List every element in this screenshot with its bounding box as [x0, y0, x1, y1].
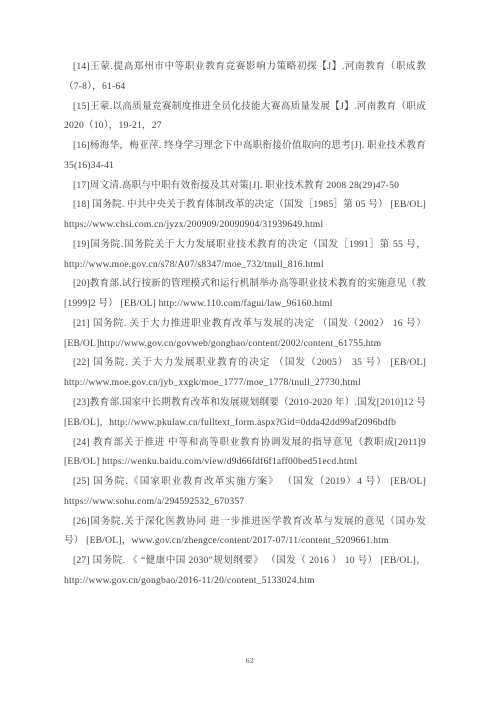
- reference-item: [23]教育部.国家中长期教育改革和发展规划纲要（2010-2020 年）.国发…: [64, 393, 426, 433]
- reference-line: [14]王蒙.提高郑州市中等职业教育竞赛影响力策略初探【J】.河南教育（职成教版…: [64, 57, 426, 77]
- reference-line: [15]王蒙.以高质量竞赛制度推进全员化技能大赛高质量发展【J】.河南教育（职成…: [64, 97, 426, 117]
- reference-line: [18] 国务院. 中共中央关于教育体制改革的决定（国发［1985］第 05 号…: [64, 195, 426, 215]
- reference-line: [16]杨海华，梅亚萍. 终身学习理念下中高职衔接价值取向的思考[J]. 职业技…: [64, 136, 426, 156]
- reference-line: [26]国务院.关于深化医教协同 进一步推进医学教育改革与发展的意见（国办发（2…: [64, 512, 426, 532]
- document-page: [14]王蒙.提高郑州市中等职业教育竞赛影响力策略初探【J】.河南教育（职成教版…: [0, 0, 500, 707]
- reference-item: [17]周文清.高职与中职有效衔接及其对策[J]. 职业技术教育 2008 28…: [64, 176, 426, 196]
- reference-line: [EB/OL]，http://www.pkulaw.cn/fulltext_fo…: [64, 413, 426, 433]
- reference-line: 35(16)34-41: [64, 156, 426, 176]
- reference-item: [15]王蒙.以高质量竞赛制度推进全员化技能大赛高质量发展【J】.河南教育（职成…: [64, 97, 426, 137]
- reference-line: [27] 国务院. 《 “健康中国 2030”规划纲要》 （国发（ 2016 ）…: [64, 551, 426, 571]
- reference-line: 号） [EB/OL]，www.gov.cn/zhengce/content/20…: [64, 531, 426, 551]
- reference-line: http://www.moe.gov.cn/s78/A07/s8347/moe_…: [64, 255, 426, 275]
- reference-item: [18] 国务院. 中共中央关于教育体制改革的决定（国发［1985］第 05 号…: [64, 195, 426, 235]
- reference-item: [22] 国务院. 关于大力发展职业教育的决定 （国发（2005） 35 号） …: [64, 353, 426, 393]
- reference-line: [23]教育部.国家中长期教育改革和发展规划纲要（2010-2020 年）.国发…: [64, 393, 426, 413]
- reference-line: [EB/OL]http://www.gov.cn/govweb/gongbao/…: [64, 334, 426, 354]
- reference-item: [26]国务院.关于深化医教协同 进一步推进医学教育改革与发展的意见（国办发（2…: [64, 512, 426, 552]
- references-list: [14]王蒙.提高郑州市中等职业教育竞赛影响力策略初探【J】.河南教育（职成教版…: [64, 57, 426, 591]
- reference-item: [16]杨海华，梅亚萍. 终身学习理念下中高职衔接价值取向的思考[J]. 职业技…: [64, 136, 426, 176]
- reference-line: [25] 国务院.《国家职业教育改革实施方案》 （国发（2019）4 号） [E…: [64, 472, 426, 492]
- reference-item: [24] 教育部关于推进 中等和高等职业教育协调发展的指导意见（教职成[2011…: [64, 433, 426, 473]
- reference-line: [1999]2 号） [EB/OL] http://www.110.com/fa…: [64, 294, 426, 314]
- reference-line: [17]周文清.高职与中职有效衔接及其对策[J]. 职业技术教育 2008 28…: [64, 176, 426, 196]
- reference-line: [21] 国务院. 关于大力推进职业教育改革与发展的决定 （国发（2002） 1…: [64, 314, 426, 334]
- page-number: 62: [246, 656, 255, 665]
- reference-item: [21] 国务院. 关于大力推进职业教育改革与发展的决定 （国发（2002） 1…: [64, 314, 426, 354]
- page-footer: 62: [0, 650, 500, 668]
- reference-line: [20]教育部.试行按新的管理模式和运行机制举办高等职业技术教育的实施意见（教发: [64, 274, 426, 294]
- reference-item: [27] 国务院. 《 “健康中国 2030”规划纲要》 （国发（ 2016 ）…: [64, 551, 426, 591]
- reference-line: https://www.chsi.com.cn/jyzx/200909/2009…: [64, 215, 426, 235]
- reference-item: [25] 国务院.《国家职业教育改革实施方案》 （国发（2019）4 号） [E…: [64, 472, 426, 512]
- reference-line: [EB/OL] https://wenku.baidu.com/view/d9d…: [64, 452, 426, 472]
- reference-line: https://www.sohu.com/a/294592532_670357: [64, 492, 426, 512]
- reference-line: [19]国务院.国务院关于大力发展职业技术教育的决定（国发［1991］第 55 …: [64, 235, 426, 255]
- reference-item: [19]国务院.国务院关于大力发展职业技术教育的决定（国发［1991］第 55 …: [64, 235, 426, 275]
- reference-line: http://www.gov.cn/gongbao/2016-11/20/con…: [64, 571, 426, 591]
- reference-line: http://www.moe.gov.cn/jyb_xxgk/moe_1777/…: [64, 373, 426, 393]
- reference-line: 2020（10），19-21，27: [64, 116, 426, 136]
- reference-line: [24] 教育部关于推进 中等和高等职业教育协调发展的指导意见（教职成[2011…: [64, 433, 426, 453]
- reference-item: [14]王蒙.提高郑州市中等职业教育竞赛影响力策略初探【J】.河南教育（职成教版…: [64, 57, 426, 97]
- reference-line: （7-8），61-64: [64, 77, 426, 97]
- reference-line: [22] 国务院. 关于大力发展职业教育的决定 （国发（2005） 35 号） …: [64, 353, 426, 373]
- reference-item: [20]教育部.试行按新的管理模式和运行机制举办高等职业技术教育的实施意见（教发…: [64, 274, 426, 314]
